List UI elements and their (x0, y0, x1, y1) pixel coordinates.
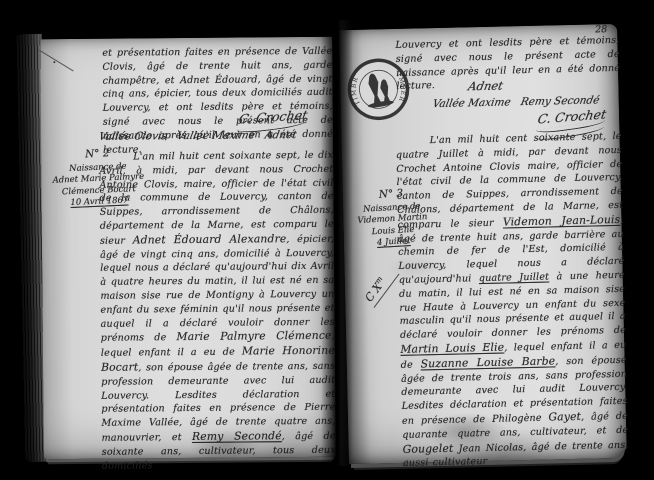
witness-signatures: Vallée Maxime Remy Secondé (433, 94, 600, 110)
act-2-text: , épicier, âgé de vingt cinq ans, domici… (100, 234, 335, 345)
act-3-body-text: L'an mil huit cent soixante sept, le qua… (396, 130, 630, 471)
father-signature: Adnet (467, 78, 504, 93)
witness-name: Gayet (548, 410, 581, 424)
act-2-body-text: L'an mil huit cent soixante sept, le dix… (99, 149, 336, 473)
child-given-names: Martin Louis Elie (400, 340, 504, 355)
witness-signature: Vallée Clovis (98, 130, 168, 143)
act-2-closing-text: Louvercy et ont lesdits père et témoins,… (395, 34, 620, 94)
check-mark-text: C X (362, 281, 384, 305)
page-corner-crease (39, 50, 74, 72)
mother-name: Suzanne Louise Barbe (420, 354, 555, 370)
marginal-check-mark: C Xm (361, 264, 400, 308)
left-page: et présentation faites en présence de Va… (40, 37, 336, 460)
witness-signatures: Vallée Clovis Vallée Maxime Adnet (99, 129, 296, 143)
father-signature: Adnet (263, 129, 297, 141)
ink-dot (53, 61, 55, 63)
child-given-names: Marie Palmyre Clémence (176, 329, 331, 343)
witness-signature: Vallée Maxime (432, 96, 512, 110)
witness-name: Remy Secondé (192, 429, 282, 443)
right-page: 28 TIMBRE IMPERIAL Louvercy et ont lesdi… (339, 24, 627, 464)
declarant-name: Adnet Édouard Alexandre (133, 232, 287, 246)
register-photo: et présentation faites en présence de Va… (0, 0, 654, 480)
birth-date-text: quatre Juillet (479, 271, 550, 284)
witness-name: Gougelet (402, 441, 453, 455)
witness-signature: Remy Secondé (519, 94, 600, 108)
witness-signature: Vallée Maxime (176, 129, 256, 142)
declarant-name: Videmon Jean-Louis (503, 213, 621, 229)
